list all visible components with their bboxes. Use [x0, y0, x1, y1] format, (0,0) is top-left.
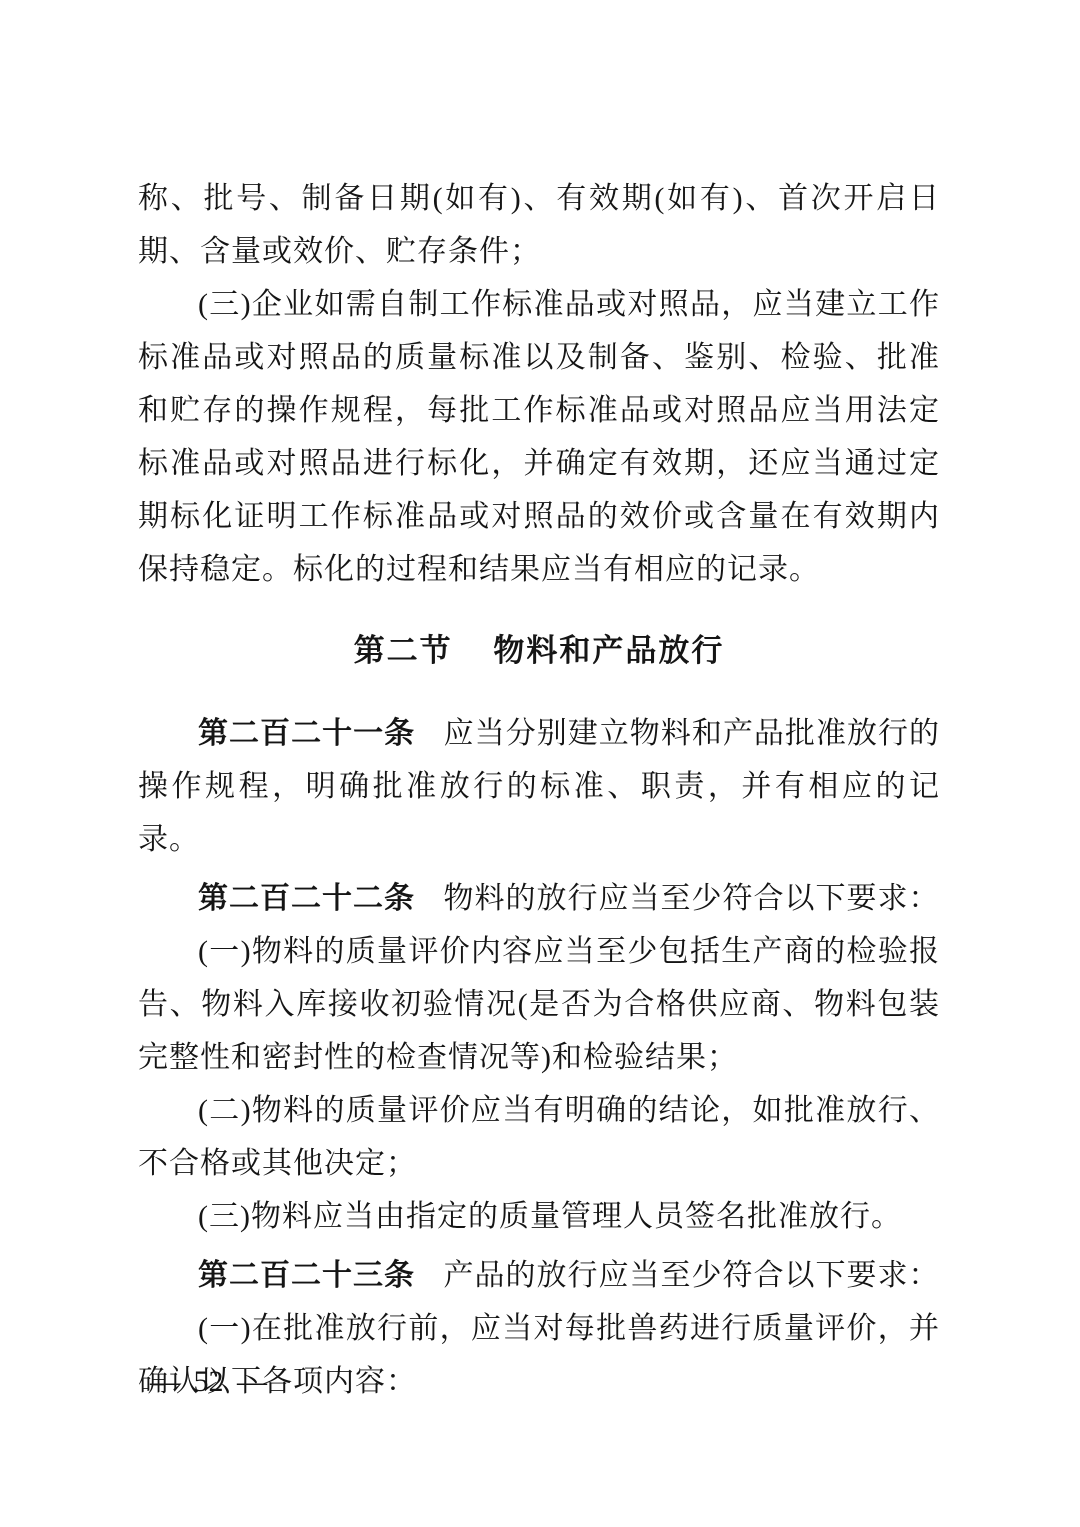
article-222-item-1: (一)物料的质量评价内容应当至少包括生产商的检验报告、物料入库接收初验情况(是否…: [138, 925, 940, 1084]
footer-left-dash: —: [150, 1365, 180, 1398]
article-223-text: 产品的放行应当至少符合以下要求：: [444, 1259, 940, 1292]
article-223-number: 第二百二十三条: [198, 1259, 415, 1292]
paragraph-continuation: 称、批号、制备日期(如有)、有效期(如有)、首次开启日期、含量或效价、贮存条件；: [138, 172, 940, 278]
article-221: 第二百二十一条应当分别建立物料和产品批准放行的操作规程，明确批准放行的标准、职责…: [138, 707, 940, 866]
document-body: 称、批号、制备日期(如有)、有效期(如有)、首次开启日期、含量或效价、贮存条件；…: [138, 172, 940, 1408]
document-page: 称、批号、制备日期(如有)、有效期(如有)、首次开启日期、含量或效价、贮存条件；…: [0, 0, 1080, 1527]
section-number: 第二节: [354, 633, 453, 668]
section-title: 物料和产品放行: [493, 633, 724, 668]
page-footer: —52—: [150, 1360, 267, 1404]
section-heading: 第二节 物料和产品放行: [138, 624, 940, 677]
article-222-text: 物料的放行应当至少符合以下要求：: [444, 882, 940, 915]
article-222-item-2: (二)物料的质量评价应当有明确的结论，如批准放行、不合格或其他决定；: [138, 1084, 940, 1190]
page-number: 52: [194, 1365, 224, 1398]
article-223: 第二百二十三条产品的放行应当至少符合以下要求：: [138, 1249, 940, 1302]
footer-right-dash: —: [237, 1365, 267, 1398]
article-221-number: 第二百二十一条: [198, 717, 415, 750]
paragraph-item-three: (三)企业如需自制工作标准品或对照品，应当建立工作标准品或对照品的质量标准以及制…: [138, 278, 940, 596]
article-222: 第二百二十二条物料的放行应当至少符合以下要求：: [138, 872, 940, 925]
article-222-number: 第二百二十二条: [198, 882, 415, 915]
article-222-item-3: (三)物料应当由指定的质量管理人员签名批准放行。: [138, 1190, 940, 1243]
